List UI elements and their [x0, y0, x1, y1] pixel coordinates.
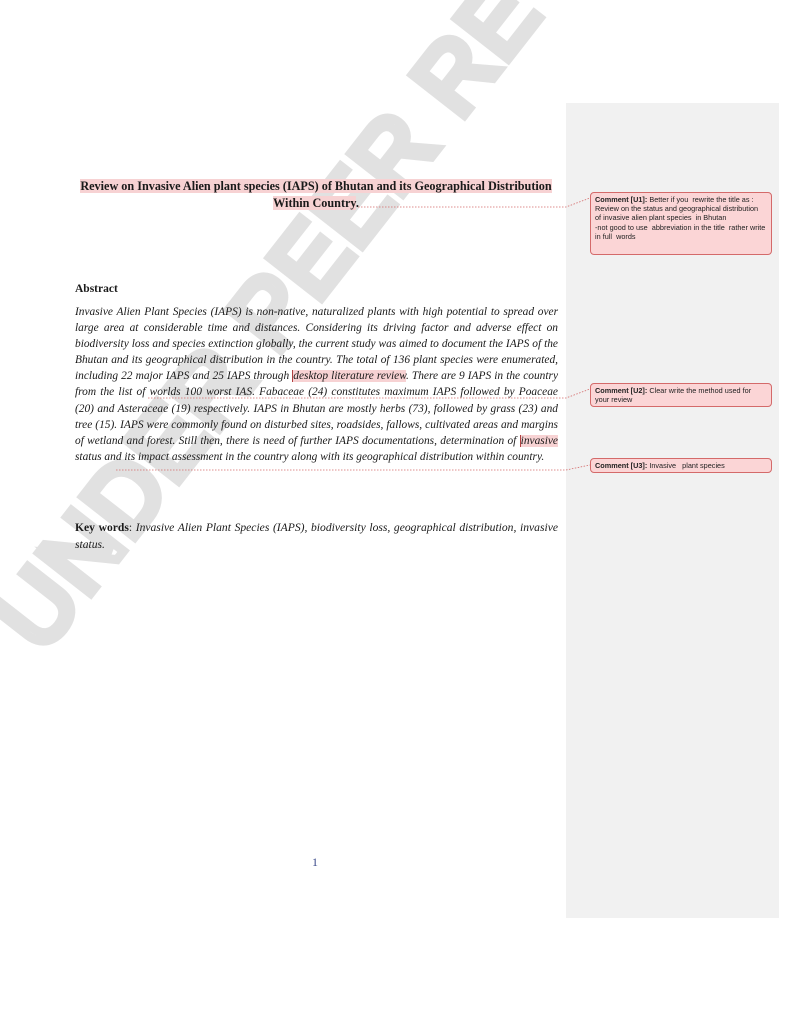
- page-number: 1: [312, 855, 318, 870]
- comment-u3[interactable]: Comment [U3]: Invasive plant species: [590, 458, 772, 473]
- highlight-desktop-literature-review[interactable]: desktop literature review: [292, 370, 406, 382]
- comment-u2[interactable]: Comment [U2]: Clear write the method use…: [590, 383, 772, 407]
- keywords-separator: :: [129, 521, 136, 534]
- comment-u2-label: Comment [U2]:: [595, 386, 647, 395]
- keywords-label: Key words: [75, 521, 129, 534]
- abstract-heading: Abstract: [75, 283, 118, 295]
- abstract-text: Invasive Alien Plant Species (IAPS) is n…: [75, 304, 558, 465]
- keywords-text: Invasive Alien Plant Species (IAPS), bio…: [75, 521, 558, 551]
- title-end: .: [356, 196, 359, 210]
- title-line-1[interactable]: Review on Invasive Alien plant species (…: [80, 179, 551, 193]
- keywords: Key words: Invasive Alien Plant Species …: [75, 520, 558, 553]
- highlight-invasive[interactable]: invasive: [520, 435, 558, 447]
- comment-u1-label: Comment [U1]:: [595, 195, 647, 204]
- abstract-part-3: status and its impact assessment in the …: [75, 451, 544, 463]
- comment-u1[interactable]: Comment [U1]: Better if you rewrite the …: [590, 192, 772, 255]
- title-line-2[interactable]: Within Country: [273, 196, 356, 210]
- document-title: Review on Invasive Alien plant species (…: [74, 178, 558, 212]
- comment-u3-text: Invasive plant species: [647, 461, 724, 470]
- comment-u3-label: Comment [U3]:: [595, 461, 647, 470]
